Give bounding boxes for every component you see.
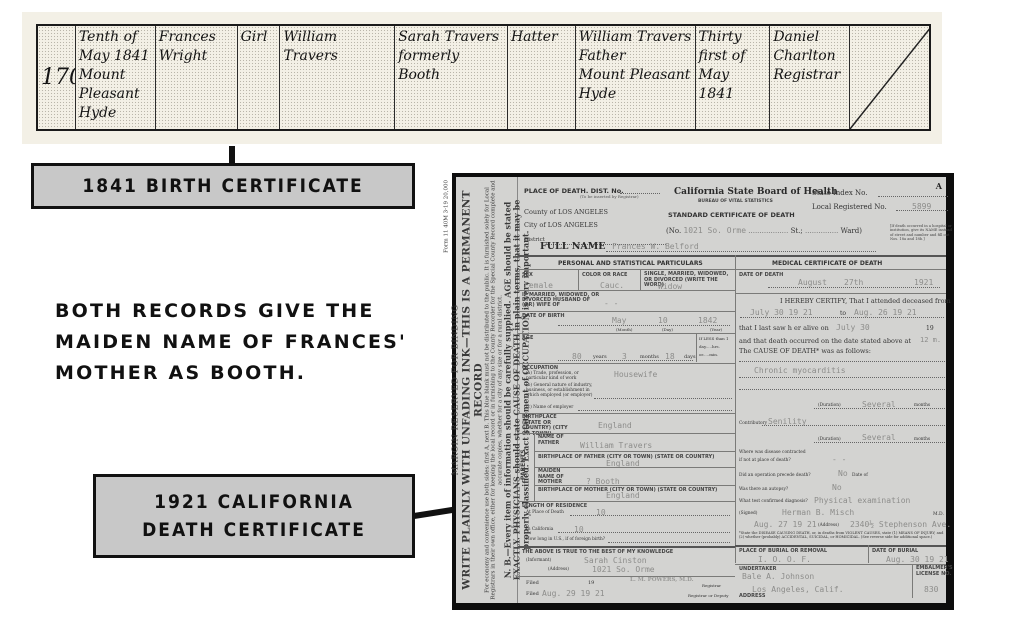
margin-economy-note: For economy and convenience use both sid… [484,180,504,600]
when-registered: Thirty first of May 1841 [696,26,771,129]
birthplace-value: England [598,421,632,430]
operation-label: Did an operation precede death? [739,473,811,478]
label-line: DEATH CERTIFICATE [96,516,412,544]
dob-day: 10 [658,316,668,325]
death-certificate-paper: Form 11 40M 3-19 20,000 MARGIN RESERVED … [456,177,946,603]
md-address-value: 2340½ Stephenson Ave. [850,520,951,529]
occupation-b-label: (b) General nature of industry, business… [526,383,594,398]
informant-address-value: 1021 So. Orme [592,565,655,574]
standard-title: STANDARD CERTIFICATE OF DEATH [668,211,795,219]
date-of-label: Date of [852,473,868,478]
father-label: NAME OF FATHER [538,435,574,446]
entry-number: 170 [38,26,76,129]
attended-from: July 30 19 21 [750,308,813,317]
res-place-label: At Place of Death [526,510,564,515]
sex-label: SEX [522,272,533,278]
hospital-note: [If death occurred in a hospital or inst… [890,224,952,242]
informant-value: Sarah Cinston [584,556,647,565]
burial-date-label: DATE OF BURIAL [872,548,918,554]
occupation-a-label: (a) Trade, profession, or particular kin… [526,371,588,381]
undertaker-value: Bale A. Johnson [742,572,814,581]
signed-date: Aug. 27 19 21 [754,520,817,529]
physician-signature: Herman B. Misch [782,508,854,517]
birth-register-row: 170 Tenth of May 1841 Mount Pleasant Hyd… [36,24,931,131]
annotation-note: BOTH RECORDS GIVE THE MAIDEN NAME OF FRA… [55,296,395,389]
time-of-death: 12 m. [920,336,941,344]
contracted-label: Where was disease contracted if not at p… [739,449,809,465]
attestation-label: THE ABOVE IS TRUE TO THE BEST OF MY KNOW… [522,549,673,555]
occupation-c-label: (c) Name of employer [526,405,573,410]
st-label: St.; [791,227,803,235]
personal-section-title: PERSONAL AND STATISTICAL PARTICULARS [558,260,703,267]
occurred-text: and that death occurred on the date stat… [739,337,911,345]
parents-tag: PARENTS [520,435,532,495]
occupation-value: Housewife [614,370,657,379]
diagnosis-value: Physical examination [814,496,910,505]
attended-to: Aug. 26 19 21 [854,308,917,317]
no-label: (No. [666,227,681,235]
label-line: 1921 CALIFORNIA [96,488,412,516]
full-name-value: Frances W. Belford [612,242,699,251]
informant-address-label: (Address) [548,567,569,572]
form-side-letter: A [936,181,942,191]
death-certificate-label: 1921 CALIFORNIA DEATH CERTIFICATE [93,474,415,558]
cause-value: Chronic myocarditis [754,366,846,375]
month-caption: (Month) [616,327,632,332]
color-value: Cauc. [600,281,624,290]
birth-certificate-image: 170 Tenth of May 1841 Mount Pleasant Hyd… [22,12,942,144]
bureau-title: BUREAU OF VITAL STATISTICS [698,199,773,204]
dob-year: 1842 [698,316,717,325]
father-value: William Travers [580,441,652,450]
autopsy-value: No [832,483,842,492]
color-label: COLOR OR RACE [582,272,627,278]
father-occupation: Hatter [508,26,576,129]
dob-label: DATE OF BIRTH [522,313,565,319]
deputy-label: Registrar or Deputy [688,593,729,598]
local-registered-label: Local Registered No. [812,203,887,211]
contracted-value: - - [832,455,846,464]
violent-causes-note: *State the DISEASE CAUSING DEATH, or, in… [739,531,949,539]
birth-certificate-label: 1841 BIRTH CERTIFICATE [31,163,415,209]
duration-value-2: Several [862,433,896,442]
filed-19: 19 [588,580,594,586]
age-label: AGE [522,335,533,341]
city: City of LOS ANGELES [524,221,598,229]
address-label: ADDRESS [739,593,765,599]
county: County of LOS ANGELES [524,208,608,216]
death-address: 1021 So. Orme [683,226,746,235]
informant: William Travers Father Mount Pleasant Hy… [576,26,696,129]
spouse-value: - - [604,299,618,308]
child-sex: Girl [238,26,281,129]
note-line: MOTHER AS BOOTH. [55,358,395,389]
dod-year: 1921 [914,278,933,287]
autopsy-label: Was there an autopsy? [739,487,788,492]
connector-line [229,146,235,164]
undertaker-address-value: Los Angeles, Calif. [752,585,844,594]
margin-warning: WRITE PLAINLY WITH UNFADING INK—THIS IS … [460,180,484,600]
medical-section-title: MEDICAL CERTIFICATE OF DEATH [772,260,882,267]
ward-label: Ward) [841,227,862,235]
strike-line-icon [850,26,929,129]
binding-margin: Form 11 40M 3-19 20,000 MARGIN RESERVED … [456,177,518,603]
spouse-label: If married, widowed, or divorced HUSBAND… [522,293,602,309]
filed-label-2: Filed [526,591,539,597]
father-name: William Travers [280,26,395,129]
margin-heading: MARGIN RESERVED FOR BINDING [450,180,460,600]
cause-label: The CAUSE OF DEATH* was as follows: [739,347,871,355]
state-index-label: State Index No. [812,189,867,197]
diagnosis-label: What test confirmed diagnosis? [739,499,808,504]
certify-text: I HEREBY CERTIFY, That I attended deceas… [780,297,951,305]
signed-label: (Signed) [739,511,757,516]
embalmer-license-value: 830 [924,585,938,594]
burial-date-value: Aug. 30 19 21 [886,555,949,564]
dod-day: 27th [844,278,863,287]
mother-label: MAIDEN NAME OF MOTHER [538,469,574,486]
operation-value: No [838,469,848,478]
note-line: BOTH RECORDS GIVE THE [55,296,395,327]
last-saw-value: July 30 [836,323,870,332]
registrar-label: Registrar [702,583,721,588]
informant-label: (Informant) [526,558,551,563]
less-than-day: If LESS than 1 day.....hrs. or.....min. [699,335,735,359]
mother-name: Sarah Travers formerly Booth [395,26,508,129]
baptismal-name [850,26,929,129]
dod-month: August [798,278,827,287]
full-name-label: FULL NAME [540,241,606,252]
sex-value: Female [524,281,553,290]
last-saw-19: 19 [926,325,934,332]
burial-place-value: I. O. O. F. [758,555,811,564]
child-name: Frances Wright [156,26,238,129]
last-saw-label: that I last saw h er alive on [739,324,829,332]
when-where-born: Tenth of May 1841 Mount Pleasant Hyde [76,26,156,129]
dob-month: May [612,316,626,325]
dist-note: (To be inserted by Registrar) [580,194,639,199]
dod-label: DATE OF DEATH [739,272,783,278]
to-word: to [840,310,846,317]
md-address-label: (Address) [818,523,839,528]
burial-place-label: PLACE OF BURIAL OR REMOVAL [739,548,827,554]
registrar: Daniel Charlton Registrar [770,26,850,129]
day-caption: (Day) [662,327,673,332]
death-certificate-image: Form 11 40M 3-19 20,000 MARGIN RESERVED … [452,173,954,610]
filed-date: Aug. 29 19 21 [542,589,605,598]
md-label: M.D. [933,512,944,517]
registrar-stamp: L. M. POWERS, M.D. [630,577,694,583]
res-us-label: How long in U.S., if of foreign birth? [526,537,605,542]
embalmer-label: EMBALMER'S LICENSE No. [916,566,956,577]
address-line: (No. 1021 So. Orme .................. St… [666,226,862,235]
mother-birthplace-value: England [606,491,640,500]
filed-label: Filed [526,580,539,586]
residence-label: LENGTH OF RESIDENCE [522,503,587,509]
res-ca-label: In California [526,527,553,532]
certificate-body: PLACE OF DEATH. DIST. No. (To be inserte… [518,177,946,603]
year-caption: (Year) [710,327,722,332]
note-line: MAIDEN NAME OF FRANCES' [55,327,395,358]
